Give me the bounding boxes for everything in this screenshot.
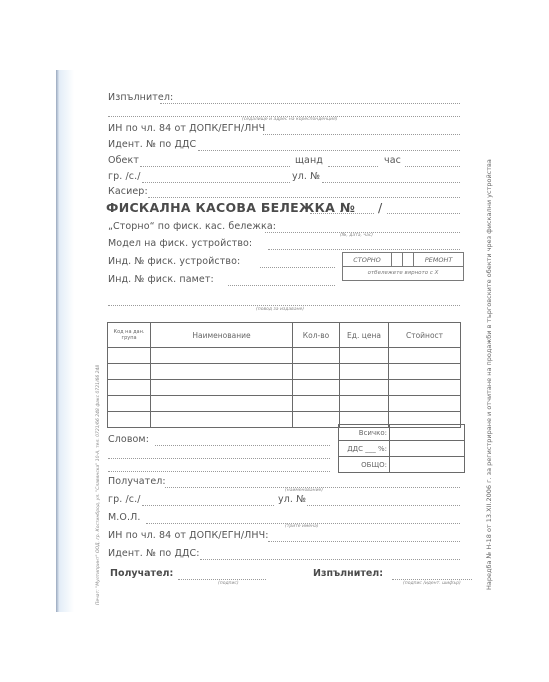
table-cell[interactable] (389, 348, 461, 364)
items-table: Код на дан. група Наименование Кол-во Ед… (107, 322, 461, 428)
shift-field[interactable] (328, 166, 378, 167)
table-cell[interactable] (293, 364, 340, 380)
table-row (108, 396, 461, 412)
in-label: ИН по чл. 84 от ДОПК/ЕГН/ЛНЧ (108, 123, 265, 134)
table-cell[interactable] (108, 364, 151, 380)
receipt-number-separator: / (378, 200, 383, 215)
hour-field[interactable] (405, 166, 460, 167)
table-cell[interactable] (389, 364, 461, 380)
binding-shadow (60, 70, 74, 612)
table-cell[interactable] (151, 380, 293, 396)
device-model-field[interactable] (268, 249, 460, 250)
cashier-field[interactable] (148, 197, 460, 198)
city-label: гр. /с./ (108, 171, 141, 182)
table-cell[interactable] (340, 380, 389, 396)
repair-option: РЕМОНТ (414, 253, 463, 266)
table-cell[interactable] (293, 396, 340, 412)
table-cell[interactable] (108, 396, 151, 412)
recipient-street-field[interactable] (307, 505, 460, 506)
receipt-number-field[interactable] (310, 213, 374, 214)
recipient-city-label: гр. /с./ (108, 494, 141, 505)
header-value: Стойност (389, 323, 461, 348)
repair-checkbox[interactable] (403, 253, 414, 266)
city-field[interactable] (142, 182, 290, 183)
in-field[interactable] (263, 134, 460, 135)
device-model-label: Модел на фиск. устройство: (108, 238, 252, 249)
table-cell[interactable] (151, 396, 293, 412)
total-all-value[interactable] (390, 425, 465, 441)
memory-id-label: Инд. № фиск. памет: (108, 274, 214, 285)
table-cell[interactable] (340, 364, 389, 380)
table-row (108, 364, 461, 380)
storno-option: СТОРНО (343, 253, 392, 266)
in-words-field-2[interactable] (108, 458, 330, 459)
recipient-vat-field[interactable] (200, 559, 460, 560)
total-vat-value[interactable] (390, 441, 465, 457)
sign-executor-label: Изпълнител: (313, 568, 383, 579)
table-cell[interactable] (108, 380, 151, 396)
executor-label: Изпълнител: (108, 92, 173, 103)
total-all-label: Всичко: (339, 425, 390, 441)
in-words-field[interactable] (155, 445, 330, 446)
printer-imprint: Печат: "Мултипринт" ООД, гр. Костинброд,… (96, 365, 101, 605)
totals-table: Всичко: ДДС ___ %: ОБЩО: (338, 424, 465, 473)
reason-field[interactable] (108, 305, 460, 306)
hour-label: час (384, 155, 401, 166)
table-cell[interactable] (293, 380, 340, 396)
street-label: ул. № (292, 171, 320, 182)
grand-total-value[interactable] (390, 457, 465, 473)
cashier-label: Касиер: (108, 186, 148, 197)
table-cell[interactable] (151, 348, 293, 364)
recipient-label: Получател: (108, 476, 166, 487)
mol-label: М.О.Л. (108, 512, 140, 523)
sign-recipient-field[interactable] (178, 579, 266, 580)
table-cell[interactable] (108, 412, 151, 428)
recipient-caption: (наименование) (285, 488, 323, 493)
table-cell[interactable] (340, 348, 389, 364)
table-cell[interactable] (293, 412, 340, 428)
shift-label: щанд (295, 155, 323, 166)
mol-caption: (трите имена) (285, 524, 319, 529)
sign-executor-caption: (подпис /идент. шифър) (403, 581, 461, 586)
memory-id-field[interactable] (228, 285, 335, 286)
recipient-street-label: ул. № (278, 494, 306, 505)
receipt-series-field[interactable] (387, 213, 460, 214)
header-name: Наименование (151, 323, 293, 348)
vat-id-label: Идент. № по ДДС (108, 139, 196, 150)
header-tax-group: Код на дан. група (108, 323, 151, 348)
device-id-label: Инд. № фиск. устройство: (108, 256, 240, 267)
recipient-in-field[interactable] (268, 541, 460, 542)
recipient-vat-label: Идент. № по ДДС: (108, 548, 200, 559)
recipient-city-field[interactable] (142, 505, 274, 506)
table-cell[interactable] (293, 348, 340, 364)
in-words-label: Словом: (108, 434, 149, 445)
table-cell[interactable] (151, 412, 293, 428)
storno-receipt-caption: (№, дата, час) (340, 233, 373, 238)
storno-checkbox[interactable] (392, 253, 403, 266)
in-words-field-3[interactable] (108, 471, 330, 472)
table-cell[interactable] (340, 396, 389, 412)
vat-id-field[interactable] (198, 150, 460, 151)
executor-field[interactable] (160, 103, 460, 104)
table-row (108, 348, 461, 364)
device-id-field[interactable] (260, 267, 335, 268)
recipient-in-label: ИН по чл. 84 от ДОПК/ЕГН/ЛНЧ: (108, 530, 269, 541)
sign-executor-field[interactable] (392, 579, 472, 580)
regulation-note: Наредба № Н-18 от 13.XII.2006 г. за реги… (485, 159, 493, 590)
table-cell[interactable] (389, 396, 461, 412)
street-field[interactable] (322, 182, 460, 183)
storno-receipt-label: „Сторно“ по фиск. кас. бележка: (108, 221, 276, 232)
storno-hint: отбележете вярното с Х (343, 267, 463, 280)
storno-repair-box: СТОРНО РЕМОНТ отбележете вярното с Х (342, 252, 464, 281)
header-quantity: Кол-во (293, 323, 340, 348)
table-caption: (повод за издаване) (256, 307, 304, 312)
object-field[interactable] (140, 166, 290, 167)
grand-total-label: ОБЩО: (339, 457, 390, 473)
sign-recipient-caption: (подпис) (218, 581, 239, 586)
sign-recipient-label: Получател: (110, 568, 173, 579)
table-cell[interactable] (151, 364, 293, 380)
table-cell[interactable] (389, 380, 461, 396)
total-vat-label: ДДС ___ %: (339, 441, 390, 457)
header-unit-price: Ед. цена (340, 323, 389, 348)
table-cell[interactable] (108, 348, 151, 364)
executor-caption: (седалище и адрес на кореспонденция) (242, 117, 337, 122)
table-row (108, 380, 461, 396)
object-label: Обект (108, 155, 139, 166)
